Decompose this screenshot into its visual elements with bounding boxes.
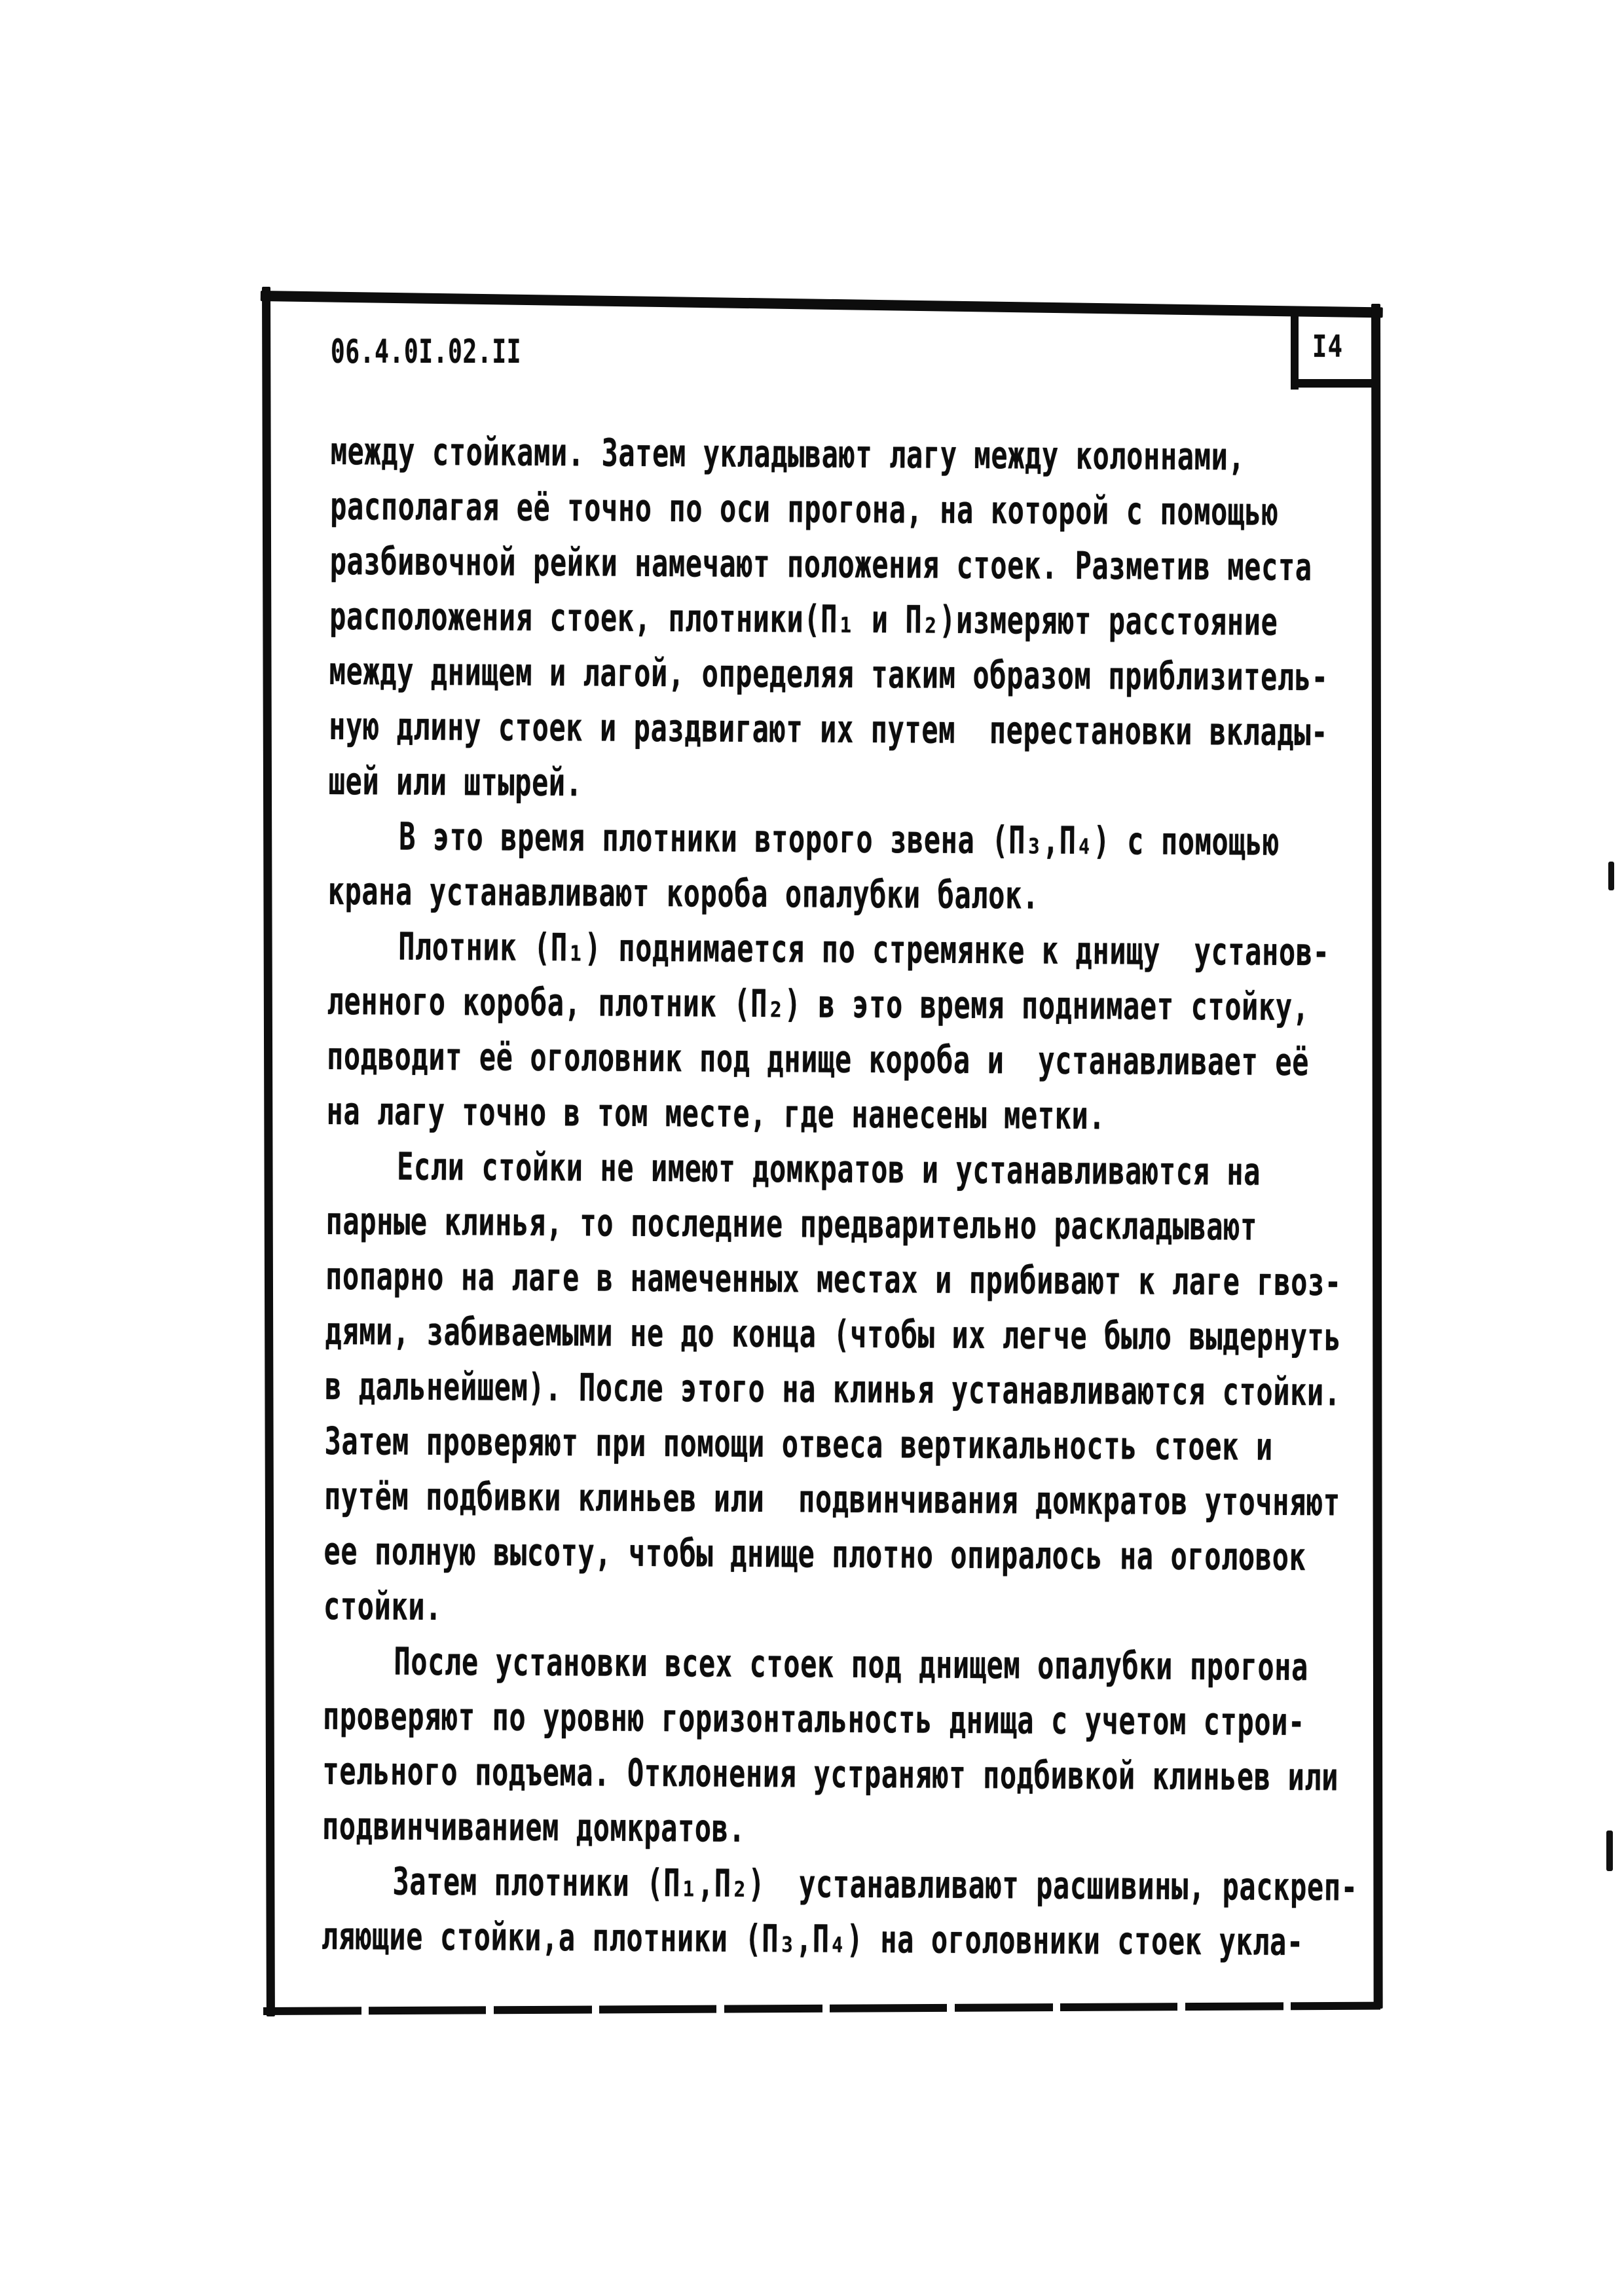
- text-line: ленного короба, плотник (П₂) в это время…: [327, 981, 1363, 1042]
- frame-border-top: [261, 291, 1383, 318]
- text-line: Затем проверяют при помощи отвеса вертик…: [324, 1421, 1361, 1482]
- text-line: В это время плотники второго звена (П₃,П…: [328, 816, 1365, 877]
- text-line: крана устанавливают короба опалубки бало…: [327, 871, 1364, 932]
- text-line: подвинчиванием домкратов.: [322, 1806, 1359, 1867]
- text-line: в дальнейшем). После этого на клинья уст…: [325, 1366, 1361, 1427]
- page-number: I4: [1299, 331, 1357, 361]
- text-line: ную длину стоек и раздвигают их путем пе…: [329, 706, 1365, 767]
- frame-border-bottom: [263, 2002, 1380, 2015]
- text-line: на лагу точно в том месте, где нанесены …: [326, 1091, 1363, 1152]
- text-line: подводит её оголовник под днище короба и…: [327, 1036, 1363, 1097]
- text-line: стойки.: [323, 1586, 1360, 1647]
- text-line: разбивочной рейки намечают положения сто…: [329, 541, 1366, 602]
- text-line: располагая её точно по оси прогона, на к…: [330, 486, 1367, 547]
- text-line: расположения стоек, плотники(П₁ и П₂)изм…: [329, 596, 1366, 657]
- text-line: шей или штырей.: [328, 761, 1365, 822]
- text-line: проверяют по уровню горизонтальность дни…: [323, 1696, 1359, 1757]
- text-line: между днищем и лагой, определяя таким об…: [329, 651, 1365, 712]
- page-number-box-bottom-edge: [1291, 379, 1380, 388]
- text-line: тельного подъема. Отклонения устраняют п…: [322, 1751, 1359, 1812]
- scan-edge-artifact: [1608, 862, 1614, 890]
- text-line: Плотник (П₁) поднимается по стремянке к …: [327, 926, 1364, 987]
- text-line: Затем плотники (П₁,П₂) устанавливают рас…: [322, 1861, 1358, 1922]
- text-line: После установки всех стоек под днищем оп…: [323, 1641, 1359, 1702]
- text-line: парные клинья, то последние предваритель…: [325, 1201, 1362, 1262]
- text-line: путём подбивки клиньев или подвинчивания…: [324, 1476, 1361, 1537]
- text-line: дями, забиваемыми не до конца (чтобы их …: [325, 1311, 1361, 1372]
- text-block: между стойками. Затем укладывают лагу ме…: [322, 431, 1624, 1979]
- text-line: попарно на лаге в намеченных местах и пр…: [325, 1256, 1362, 1317]
- frame-border-left: [262, 287, 275, 2016]
- text-line: ее полную высоту, чтобы днище плотно опи…: [323, 1531, 1360, 1592]
- text-line: Если стойки не имеют домкратов и устанав…: [326, 1146, 1363, 1207]
- text-line: ляющие стойки,а плотники (П₃,П₄) на огол…: [322, 1916, 1358, 1977]
- scan-edge-artifact: [1606, 1831, 1613, 1871]
- text-line: между стойками. Затем укладывают лагу ме…: [330, 431, 1367, 492]
- doc-code: 06.4.0I.02.II: [331, 335, 521, 368]
- scan-page: { "page": { "doc_code": "06.4.0I.02.II",…: [0, 0, 1624, 2296]
- page-number-box-left-edge: [1291, 306, 1299, 390]
